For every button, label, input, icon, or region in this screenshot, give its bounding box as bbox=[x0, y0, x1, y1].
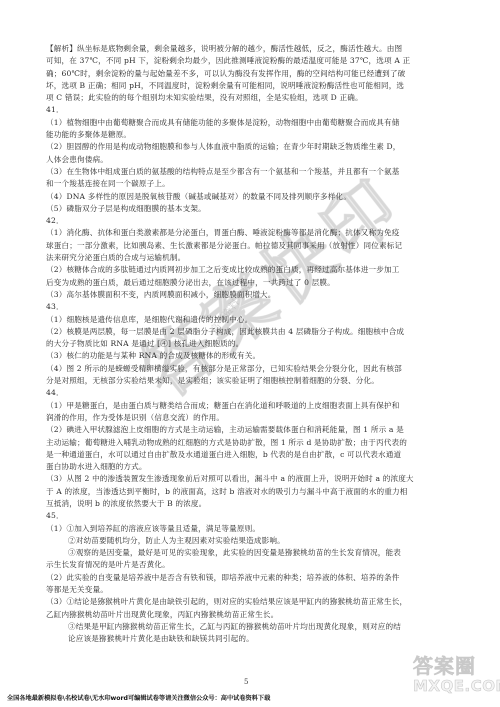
logo-top-text: 答案圈 bbox=[413, 650, 495, 679]
text-line: （3）从图 2 中的渗透装置发生渗透现象前后对照可以看出，漏斗中 a 的液面上升… bbox=[46, 473, 466, 485]
text-line: （2）核膜是两层膜，每一层膜是由 2 层磷脂分子构成，因此核膜共由 4 层磷脂分… bbox=[46, 326, 466, 338]
text-line: 乙缸内猕猴桃幼苗叶片出现黄化现象，丙缸内猕猴桃幼苗正常生长。 bbox=[46, 609, 466, 621]
text-line: 蛋白协助水进入细胞的方式。 bbox=[46, 461, 466, 473]
answer-content: 【解析】纵坐标是底物剩余量，剩余量越多，说明被分解的越少，酶活性越低，反之，酶活… bbox=[46, 43, 466, 646]
text-line: ③结果是甲缸内猕猴桃幼苗正常生长，乙缸与丙缸的猕猴桃幼苗叶片均出现黄化现象，则对… bbox=[46, 621, 466, 633]
text-line: （4）DNA 多样性的原因是脱氧核苷酸（碱基或碱基对）的数量不同及排列顺序多样化… bbox=[46, 191, 466, 203]
text-line: 和一个羧基连接在同一个碳原子上。 bbox=[46, 178, 466, 190]
text-line: 互抵消，说明 b 的浓度依然要大于 B 的浓度。 bbox=[46, 498, 466, 510]
text-line: 论应该是猕猴桃叶片黄化是由缺铁和缺镁共同引起的。 bbox=[46, 633, 466, 645]
text-line: 分是对照组，无核部分实验结果未知，是实验组；该实验证明了细胞核控制着细胞的分裂、… bbox=[46, 375, 466, 387]
document-page: 答案快印 高考资料下载 【解析】纵坐标是底物剩余量，剩余量越多，说明被分解的越少… bbox=[0, 0, 500, 707]
text-line: 是一种通道蛋白，水可以通过自由扩散及水通道蛋白进入细胞，b 代表的是自由扩散，c… bbox=[46, 449, 466, 461]
text-line: （2）此实验的自变量是培养液中是否含有铁和镁，即培养液中元素的种类；培养液的体积… bbox=[46, 572, 466, 584]
text-line: （5）磷脂双分子层是构成细胞膜的基本支架。 bbox=[46, 203, 466, 215]
text-line: （1）甲是糖蛋白，是由蛋白质与糖类结合而成；糖蛋白在消化道和呼吸道的上皮细胞表面… bbox=[46, 400, 466, 412]
text-line: 项 C 错误；此实验的的每个组别均未知实验结果，没有对照组，全是实验组，选项 D… bbox=[46, 92, 466, 104]
text-line: （2）碘进入甲状腺滤泡上皮细胞的方式是主动运输，主动运输需要载体蛋白和消耗能量，… bbox=[46, 424, 466, 436]
text-line: 润滑的作用，作为受体是识别（信息交流）的作用。 bbox=[46, 412, 466, 424]
text-line: ②对幼苗要随机均分，防止人为主观因素对实验结果造成影响。 bbox=[46, 535, 466, 547]
text-line: 于 A 的浓度，当渗透达到平衡时，b 的液面高，这时 b 溶液对水的吸引力与漏斗… bbox=[46, 486, 466, 498]
text-line: 45． bbox=[46, 510, 466, 522]
text-line: 主动运输；葡萄糖进入哺乳动物成熟的红细胞的方式是协助扩散，图 1 所示 d 是协… bbox=[46, 437, 466, 449]
text-line: （3）①结论是猕猴桃叶片黄化是由缺铁引起的，则对应的实验结果应该是甲缸内的猕猴桃… bbox=[46, 596, 466, 608]
text-line: 等都是无关变量。 bbox=[46, 584, 466, 596]
text-line: （1）植物细胞中由葡萄糖聚合而成具有储能功能的多聚体是淀粉，动物细胞中由葡萄糖聚… bbox=[46, 117, 466, 129]
text-line: （2）胆固醇的作用是构成动物细胞膜和参与人体血液中脂质的运输；在青少年时期缺乏物… bbox=[46, 141, 466, 153]
text-line: 42． bbox=[46, 215, 466, 227]
text-line: （3）核仁的功能是与某种 RNA 的合成及核糖体的形成有关。 bbox=[46, 350, 466, 362]
text-line: （1）消化酶、抗体和蛋白类激素都是分泌蛋白，胃蛋白酶、唾液淀粉酶等都是消化酶；抗… bbox=[46, 227, 466, 239]
text-line: 确；60℃时，剩余淀粉的量与起始量差不多，可以认为酶没有发挥作用，酶的空间结构可… bbox=[46, 68, 466, 80]
text-line: （2）核糖体合成的多肽链通过内质网初步加工之后变成比较成熟的蛋白质，再经过高尔基… bbox=[46, 264, 466, 276]
text-line: 能功能的多聚体是糖原。 bbox=[46, 129, 466, 141]
logo-bottom-text: MXQE.COM bbox=[413, 677, 495, 695]
text-line: 可知，在 37℃，不同 pH 下，淀粉剩余均最少，因此推测唾液淀粉酶的最适温度可… bbox=[46, 55, 466, 67]
text-line: 【解析】纵坐标是底物剩余量，剩余量越多，说明被分解的越少，酶活性越低，反之，酶活… bbox=[46, 43, 466, 55]
text-line: （3）在生物体中组成蛋白质的氨基酸的结构特点是至少都含有一个氨基和一个羧基，并且… bbox=[46, 166, 466, 178]
text-line: （4）图 2 所示的是蝾螈受精卵横缢实验，有核部分是正常部分，已知实验结果会分裂… bbox=[46, 363, 466, 375]
text-line: （1）细胞核是遗传信息库，是细胞代谢和遗传的控制中心。 bbox=[46, 314, 466, 326]
text-line: 人体会患佝偻病。 bbox=[46, 154, 466, 166]
text-line: 41． bbox=[46, 104, 466, 116]
text-line: 的大分子物质比如 RNA 是通过 [④] 核孔进入细胞质的。 bbox=[46, 338, 466, 350]
text-line: 球蛋白；一部分激素，比如胰岛素、生长激素都是分泌蛋白。帕拉德及其同事采用（放射性… bbox=[46, 240, 466, 252]
footer-text: 全国各地最新模拟卷\名校试卷\无水印word可编辑试卷等请关注微信公众号：高中试… bbox=[7, 693, 270, 702]
site-logo: 答案圈 MXQE.COM bbox=[413, 650, 495, 704]
text-line: 法来研究分泌蛋白质的合成与运输机制。 bbox=[46, 252, 466, 264]
text-line: 后变为成熟的蛋白质，最后通过细胞膜分泌出去，在该过程中，一共跨过了 0 层膜。 bbox=[46, 277, 466, 289]
text-line: （1）①加入到培养缸的溶液应该等量且适量，满足等量原则。 bbox=[46, 523, 466, 535]
page-number: 5 bbox=[244, 678, 248, 686]
text-line: ③观察的是因变量，最好是可见的实验现象，此实验的因变量是猕猴桃幼苗的生长发育情况… bbox=[46, 547, 466, 559]
text-line: 44． bbox=[46, 387, 466, 399]
text-line: 43． bbox=[46, 301, 466, 313]
text-line: （3）高尔基体膜面积不变，内质网膜面积减小，细胞膜面积增大。 bbox=[46, 289, 466, 301]
text-line: 坏，选项 B 正确；相同 pH，不同温度时，淀粉剩余量有可能相同，说明唾液淀粉酶… bbox=[46, 80, 466, 92]
text-line: 示生长发育情况的是叶片是否黄化。 bbox=[46, 559, 466, 571]
